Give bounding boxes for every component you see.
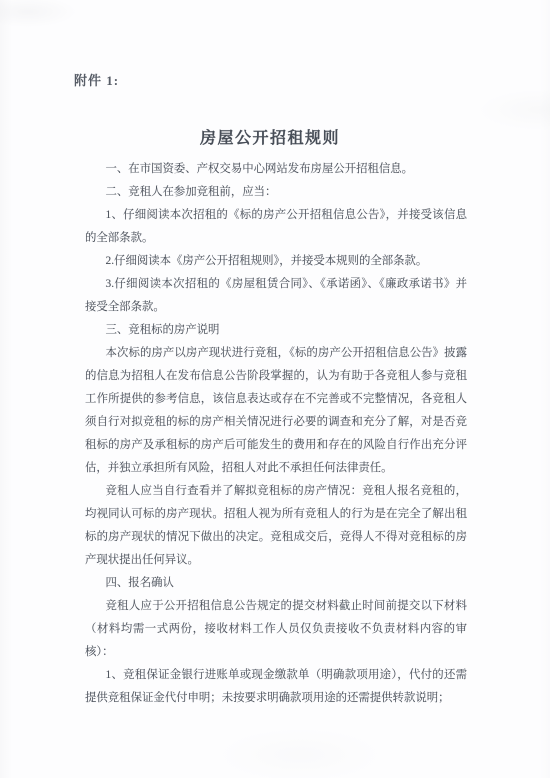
paragraph-bidder-note: 竞租人应当自行查看并了解拟竞租标的房产情况：竞租人报名竞租的，均视同认可标的房产…	[85, 480, 467, 572]
paragraph-materials-note: 竞租人应于公开招租信息公告规定的提交材料截止时间前提交以下材料（材料均需一式两份…	[85, 595, 467, 664]
paragraph-item-2: 2.仔细阅读本《房产公开招租规则》，并接受本规则的全部条款。	[85, 250, 467, 273]
paragraph-section-1: 一、在市国资委、产权交易中心网站发布房屋公开招租信息。	[85, 158, 467, 181]
paragraph-section-2: 二、竞租人在参加竞租前，应当：	[85, 181, 467, 204]
attachment-label: 附件 1:	[74, 70, 119, 89]
document-body: 一、在市国资委、产权交易中心网站发布房屋公开招租信息。 二、竞租人在参加竞租前，…	[85, 158, 467, 710]
paragraph-deposit-item: 1、竞租保证金银行进账单或现金缴款单（明确款项用途），代付的还需提供竞租保证金代…	[85, 664, 467, 710]
scanned-document-page: 附件 1: 房屋公开招租规则 一、在市国资委、产权交易中心网站发布房屋公开招租信…	[0, 0, 550, 778]
paragraph-item-1: 1、仔细阅读本次招租的《标的房产公开招租信息公告》，并接受该信息的全部条款。	[85, 204, 467, 250]
paragraph-section-3: 三、竞租标的房产说明	[85, 319, 467, 342]
paragraph-section-4: 四、报名确认	[85, 572, 467, 595]
document-title: 房屋公开招租规则	[0, 125, 540, 148]
paragraph-property-note: 本次标的房产以房产现状进行竞租，《标的房产公开招租信息公告》披露的信息为招租人在…	[85, 342, 467, 480]
paragraph-item-3: 3.仔细阅读本次招租的《房屋租赁合同》、《承诺函》、《廉政承诺书》并接受全部条款…	[85, 273, 467, 319]
